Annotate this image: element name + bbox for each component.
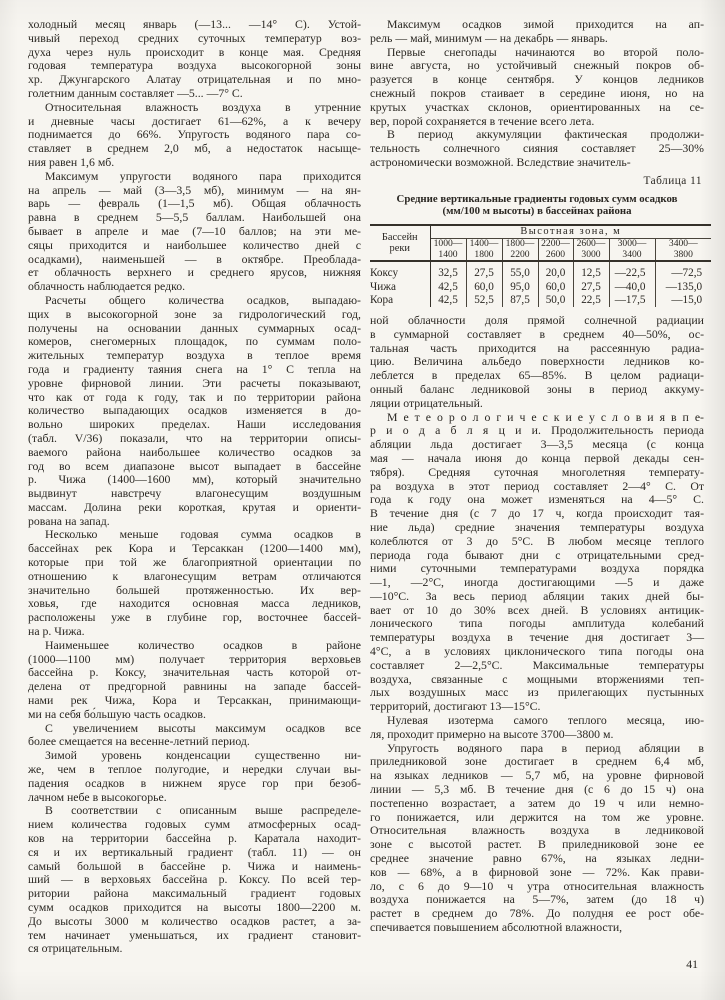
text-line: года к году она может изменяться на 4—5°… [370, 493, 704, 507]
text-line: расположены уже в глубине гор, восточнее… [28, 611, 361, 625]
text-line: 4°С, а в условиях циклонического типа по… [370, 645, 704, 659]
paragraph: Максимум упругости водяного пара приходи… [28, 170, 361, 294]
right-column-top: Максимум осадков зимой приходится на ап-… [370, 18, 704, 170]
text-line: чивый переход средних суточных температу… [28, 32, 361, 46]
table-zone-group-header: Высотная зона, м [430, 225, 711, 239]
text-line: лых воздушных масс из прилегающих пустын… [370, 686, 704, 700]
text-line: приледниковой зоне достигает в среднем 6… [370, 755, 704, 769]
text-line: р и о д а б л я ц и и. Продолжительность… [370, 424, 704, 438]
text-line: разуется в конце сентября. У концов ледн… [370, 73, 704, 87]
paragraph: ной облачности доля прямой солнечной рад… [370, 314, 704, 411]
text-line: ло, с 6 до 9—10 ч утра относительная вла… [370, 880, 704, 894]
table-cell: —22,5 [609, 261, 655, 280]
table-column-header: 1800—2200 [502, 238, 538, 261]
table-cell: 32,5 [430, 261, 466, 280]
text-line: бассейна р. Коксу, значительная часть ко… [28, 666, 361, 680]
table-column-header: 1400—1800 [466, 238, 502, 261]
text-line: Первые снегопады начинаются во второй по… [370, 46, 704, 60]
text-line: Наименьшее количество осадков в районе [28, 639, 361, 653]
text-line: самый большой в бассейне р. Чижа и наиме… [28, 860, 361, 874]
basin-name-cell: Кора [370, 294, 430, 307]
text-line: —10°С. За весь период абляции таких дней… [370, 590, 704, 604]
text-line: что как от года к году, так и по террито… [28, 391, 361, 405]
right-column-bottom: ной облачности доля прямой солнечной рад… [370, 314, 704, 935]
paragraph: Относительная влажность воздуха в утренн… [28, 101, 361, 170]
text-line: крутых участках склонов, ориентированных… [370, 101, 704, 115]
text-line: ставляет в среднем 2,0 мб, а недостаток … [28, 142, 361, 156]
text-line: количество выпадающих осадков изменяется… [28, 404, 361, 418]
paragraph: холодный месяц январь (—13... —14° С). У… [28, 18, 361, 101]
text-line: вине августа, но устойчивый снежный покр… [370, 59, 704, 73]
text-line: составляет 2—2,5°С. Максимальные темпера… [370, 659, 704, 673]
table-column-header: 3400—3800 [655, 238, 711, 261]
text-line: ми на себя бо́льшую часть осадков. [28, 708, 361, 722]
text-line: —1, —2°С, иногда достигающими —5 и даже [370, 576, 704, 590]
table-column-header: 2200—2600 [538, 238, 573, 261]
text-line: хр. Джунгарского Алатау отрицательная и … [28, 73, 361, 87]
table-cell: —15,0 [655, 294, 711, 307]
paragraph: Максимум осадков зимой приходится на ап-… [370, 18, 704, 46]
text-line: ков на территории бассейна р. Каратала н… [28, 832, 361, 846]
text-line: Относительная влажность воздуха в утренн… [28, 101, 361, 115]
text-line: рель — май, минимум — на декабрь — январ… [370, 32, 704, 46]
text-line: линии — 5,3 мб. В течение дня (с 6 до 15… [370, 783, 704, 797]
text-line: онный баланс ледниковой зоны в период ак… [370, 383, 704, 397]
table-row: Коксу32,527,555,020,012,5—22,5—72,5 [370, 261, 711, 280]
table-cell: 87,5 [502, 294, 538, 307]
text-line: массам. Долина реки короткая, крутая и о… [28, 501, 361, 515]
text-line: тальная часть приходится на рассеянную р… [370, 342, 704, 356]
text-line: ние льда) средние значения температуры в… [370, 521, 704, 535]
text-line: в суммарной составляет в среднем 40—50%,… [370, 328, 704, 342]
text-line: уровне фирновой линии. Эти расчеты показ… [28, 377, 361, 391]
text-line: колеблются от 3 до 5°С. В любом месяце т… [370, 535, 704, 549]
text-line: холодный месяц январь (—13... —14° С). У… [28, 18, 361, 32]
text-line: территорий, достигают 13—15°С. [370, 700, 704, 714]
text-line: бассейнах рек Кора и Терсаккан (1200—140… [28, 542, 361, 556]
paragraph: В период аккумуляции фактическая продолж… [370, 128, 704, 169]
text-line: Относительная влажность воздуха в ледник… [370, 824, 704, 838]
text-line: ра воздуха в этот период составляет 2—4°… [370, 480, 704, 494]
text-line: леблется в пределах 65—85%. В целом ради… [370, 369, 704, 383]
table-cell: —40,0 [609, 281, 655, 294]
text-line: отношению к влагонесущим ветрам отличают… [28, 570, 361, 584]
table-column-header: 3000—3400 [609, 238, 655, 261]
text-line: ними суточными температурами воздуха пор… [370, 562, 704, 576]
text-line: цию. Величина альбедо поверхности ледник… [370, 355, 704, 369]
text-line: лачном небе в высокогорье. [28, 791, 361, 805]
paragraph: В соответствии с описанным выше распреде… [28, 804, 361, 956]
text-line: С увеличением высоты максимум осадков вс… [28, 722, 361, 736]
paragraph: Наименьшее количество осадков в районе(1… [28, 639, 361, 722]
table-row-header: Бассейнреки [370, 225, 430, 262]
text-line: нием количества годовых сумм атмосферных… [28, 818, 361, 832]
text-line: астрономически возможной. Вследствие зна… [370, 156, 704, 170]
paragraph: Нулевая изотерма самого теплого месяца, … [370, 714, 704, 742]
paragraph: Расчеты общего количества осадков, выпад… [28, 294, 361, 529]
paragraph: М е т е о р о л о г и ч е с к и е у с л … [370, 411, 704, 715]
text-line: Упругость водяного пара в период абляции… [370, 742, 704, 756]
table-cell: 42,5 [430, 294, 466, 307]
text-line: ся отрицательным. [28, 942, 361, 956]
paragraph: Первые снегопады начинаются во второй по… [370, 46, 704, 129]
text-line: вольно широких пределах. Наши исследован… [28, 418, 361, 432]
text-line: температуры воздуха в течение дня достиг… [370, 631, 704, 645]
gradients-table: БассейнрекиВысотная зона, м1000—14001400… [370, 224, 711, 307]
text-line: ховья, где находится основная масса ледн… [28, 597, 361, 611]
text-line: ля, проходит примерно на высоте 3700—380… [370, 728, 704, 742]
page-number: 41 [686, 957, 698, 972]
text-line: сумм осадков приходится на высоты 1800—2… [28, 901, 361, 915]
text-line: ваемого района наибольшее количество оса… [28, 446, 361, 460]
text-line: периода года бывают дни с отрицательными… [370, 549, 704, 563]
text-line: на р. Чижа. [28, 625, 361, 639]
text-line: Нулевая изотерма самого теплого месяца, … [370, 714, 704, 728]
text-line: вер, порой сохраняется в течение всего л… [370, 115, 704, 129]
text-line: снежный покров стаивает в середине июня,… [370, 87, 704, 101]
text-line: же, чем в теплое полугодие, и нередки сл… [28, 763, 361, 777]
table-cell: 52,5 [466, 294, 502, 307]
text-line: (табл. V/36) показали, что на территории… [28, 432, 361, 446]
text-line: поднимается до 66%. Упругость водяного п… [28, 128, 361, 142]
table-cell: 27,5 [573, 281, 609, 294]
text-line: нами рек Чижа, Кора и Терсаккан, принима… [28, 694, 361, 708]
text-line: В период аккумуляции фактическая продолж… [370, 128, 704, 142]
text-line: р. Чижа (1400—1600 мм), который значител… [28, 473, 361, 487]
table-cell: 55,0 [502, 261, 538, 280]
text-line: мая — начала июня до конца первой декады… [370, 452, 704, 466]
text-line: постепенно возрастает, а затем до 19 ч и… [370, 797, 704, 811]
text-line: сяцы приходится и наибольшее количество … [28, 239, 361, 253]
table-cell: 42,5 [430, 281, 466, 294]
text-line: До высоты 3000 м количество осадков раст… [28, 915, 361, 929]
paragraph: Зимой уровень конденсации существенно ни… [28, 749, 361, 804]
table-cell: —17,5 [609, 294, 655, 307]
text-line: делена от предгорной равнины на западе б… [28, 680, 361, 694]
text-line: тября). Средняя суточная многолетняя тем… [370, 466, 704, 480]
text-line: спечивается повышением абсолютной влажно… [370, 921, 704, 935]
text-line: ков — 68%, а в фирновой зоне — 72%. Как … [370, 866, 704, 880]
table-row: Кора42,552,587,550,022,5—17,5—15,0 [370, 294, 711, 307]
text-line: ной облачности доля прямой солнечной рад… [370, 314, 704, 328]
text-line: падения осадков в нижнем ярусе гор при б… [28, 777, 361, 791]
table-row: Чижа42,560,095,060,027,5—40,0—135,0 [370, 281, 711, 294]
text-line: годовая температура воздуха высокогорной… [28, 59, 361, 73]
table-cell: 95,0 [502, 281, 538, 294]
table-cell: 60,0 [466, 281, 502, 294]
text-line: М е т е о р о л о г и ч е с к и е у с л … [370, 411, 704, 425]
text-line: год во всем диапазоне высот выпадает в б… [28, 460, 361, 474]
text-line: которые при той же благоприятной ориента… [28, 556, 361, 570]
table-cell: 27,5 [466, 261, 502, 280]
text-line: щих в высокогорной зоне за гидрологическ… [28, 308, 361, 322]
paragraph: Несколько меньше годовая сумма осадков в… [28, 528, 361, 638]
text-line: бывает в апреле и мае (7—10 баллов; на э… [28, 225, 361, 239]
text-line: голетним данным составляет —5... —7° С. [28, 87, 361, 101]
text-line: Расчеты общего количества осадков, выпад… [28, 294, 361, 308]
text-line: равна в среднем 5—5,5 баллам. Наибольшей… [28, 211, 361, 225]
basin-name-cell: Коксу [370, 261, 430, 280]
text-line: рована на запад. [28, 515, 361, 529]
table-cell: —72,5 [655, 261, 711, 280]
table-label: Таблица 11 [370, 175, 702, 189]
text-line: Максимум осадков зимой приходится на ап- [370, 18, 704, 32]
table-cell: 22,5 [573, 294, 609, 307]
text-line: духа через нуль происходит в конце мая. … [28, 46, 361, 60]
text-line: года и градиенту таяния снега на 1° С те… [28, 363, 361, 377]
text-line: тем начинает уменьшаться, их градиент ст… [28, 929, 361, 943]
text-line: комеров, снегомерных площадок, по суммам… [28, 335, 361, 349]
text-line: воздуха, связанные с мощными вторжениями… [370, 673, 704, 687]
table-cell: 50,0 [538, 294, 573, 307]
text-line: ся и их вертикальный градиент (табл. 11)… [28, 846, 361, 860]
table-cell: 20,0 [538, 261, 573, 280]
table-column-header: 2600—3000 [573, 238, 609, 261]
text-line: на апрель — май (3—3,5 мб), минимум — на… [28, 184, 361, 198]
paragraph: С увеличением высоты максимум осадков вс… [28, 722, 361, 750]
text-line: Зимой уровень конденсации существенно ни… [28, 749, 361, 763]
table-title-line: (мм/100 м высоты) в бассейнах района [370, 205, 704, 218]
text-line: ший — в верховьях бассейна р. Коксу. По … [28, 873, 361, 887]
text-line: го понижается, или держится на том же ур… [370, 811, 704, 825]
text-line: (1000—1100 мм) получает территория верхо… [28, 653, 361, 667]
text-line: воздуха понижается на 5—7%, затем (до 18… [370, 893, 704, 907]
text-line: более смещается на весенне-летний период… [28, 735, 361, 749]
text-line: зоне с высотой растет. В приледниковой з… [370, 838, 704, 852]
text-line: варь — февраль (1—1,5 мб). Общая облачно… [28, 197, 361, 211]
left-column: холодный месяц январь (—13... —14° С). У… [28, 18, 361, 956]
scanned-page: холодный месяц январь (—13... —14° С). У… [0, 0, 725, 1000]
text-line: получены на основании данных суммарных о… [28, 322, 361, 336]
table-cell: —135,0 [655, 281, 711, 294]
text-line: и дневные часы достигает 61—62%, а к веч… [28, 115, 361, 129]
table-cell: 12,5 [573, 261, 609, 280]
table-title-line: Средние вертикальные градиенты годовых с… [370, 193, 704, 206]
text-line: значительно большей протяженностью. Их в… [28, 584, 361, 598]
text-line: Максимум упругости водяного пара приходи… [28, 170, 361, 184]
text-line: выдвинут навстречу влагонесущим воздушны… [28, 487, 361, 501]
text-line: вает от 10 до 30% всех дней. В условиях … [370, 604, 704, 618]
text-line: растет в среднем до 78%. До полудня ее р… [370, 907, 704, 921]
text-line: В течение дня (с 7 до 17 ч, когда происх… [370, 507, 704, 521]
table-column-header: 1000—1400 [430, 238, 466, 261]
text-line: на языках ледников — 5,7 мб, на уровне ф… [370, 769, 704, 783]
table-title: Средние вертикальные градиенты годовых с… [370, 193, 704, 218]
basin-name-cell: Чижа [370, 281, 430, 294]
paragraph: Упругость водяного пара в период абляции… [370, 742, 704, 935]
table-block: Таблица 11 Средние вертикальные градиент… [370, 175, 704, 307]
text-line: жительных температур воздуха в теплое вр… [28, 349, 361, 363]
text-line: ния равен 1,6 мб. [28, 156, 361, 170]
text-line: ет облачность верхнего и среднего ярусов… [28, 266, 361, 280]
text-line: ляции отрицательный. [370, 397, 704, 411]
text-line: ритории района максимальный градиент год… [28, 887, 361, 901]
text-line: лонического типа погоды амплитуда колеба… [370, 617, 704, 631]
text-line: осадками), наименьшей — в октябре. Преоб… [28, 253, 361, 267]
text-line: В соответствии с описанным выше распреде… [28, 804, 361, 818]
right-column: Максимум осадков зимой приходится на ап-… [370, 18, 704, 935]
text-line: тельность солнечного сияния составляет 2… [370, 142, 704, 156]
text-line: абляции льда достигает 3—3,5 месяца (с к… [370, 438, 704, 452]
text-line: облачность наблюдается редко. [28, 280, 361, 294]
text-line: Несколько меньше годовая сумма осадков в [28, 528, 361, 542]
text-line: среднее значение равно 67%, на языках ле… [370, 852, 704, 866]
table-cell: 60,0 [538, 281, 573, 294]
